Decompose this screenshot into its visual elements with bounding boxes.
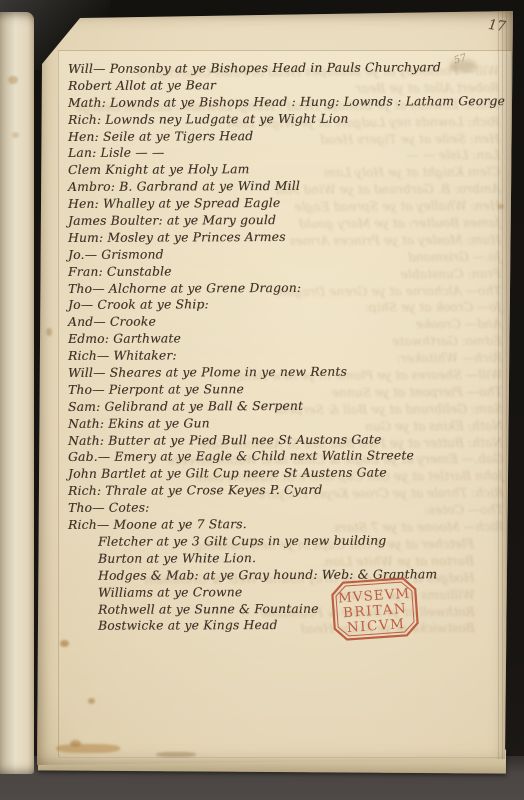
foxing-spot <box>56 744 120 753</box>
manuscript-line: Rich— Moone at ye 7 Stars. <box>68 515 500 534</box>
manuscript-line: Tho— Pierpont at ye Sunne <box>68 380 500 399</box>
foxing-spot <box>12 132 19 138</box>
manuscript-line: Hodges & Mab: at ye Gray hound: Web: & G… <box>68 566 500 585</box>
foxing-spot <box>60 640 69 647</box>
manuscript-line: Bostwicke at ye Kings Head <box>68 616 500 635</box>
photographed-manuscript-scene: Will— Ponsonby at ye Bishopes Head in Pa… <box>0 0 524 800</box>
manuscript-page: Will— Ponsonby at ye Bishopes Head in Pa… <box>36 10 514 770</box>
manuscript-line: Williams at ye Crowne <box>68 583 500 602</box>
manuscript-line: Will— Sheares at ye Plome in ye new Rent… <box>68 363 500 382</box>
manuscript-line: Fran: Cunstable <box>68 262 500 281</box>
manuscript-line: Hum: Mosley at ye Princes Armes <box>68 228 500 247</box>
manuscript-lines: Will— Ponsonby at ye Bishopes Head in Pa… <box>68 60 500 634</box>
manuscript-line: James Boulter: at ye Mary gould <box>68 211 500 230</box>
manuscript-line: Ambro: B. Garbrand at ye Wind Mill <box>68 177 500 196</box>
stamp-octagon: MVSEVM BRITAN NICVM <box>330 576 420 642</box>
foxing-spot <box>156 752 196 757</box>
foxing-spot <box>8 76 18 84</box>
facing-page-edge <box>0 12 34 774</box>
manuscript-line: Rich: Thrale at ye Crose Keyes P. Cyard <box>68 481 500 500</box>
foxing-spot <box>450 60 476 72</box>
foxing-spot <box>498 204 504 209</box>
foxing-spot <box>88 698 95 704</box>
manuscript-line: Tho— Cotes: <box>68 498 500 517</box>
manuscript-line: Sam: Gelibrand at ye Ball & Serpent <box>68 397 500 416</box>
manuscript-line: Rich— Whitaker: <box>68 346 500 365</box>
manuscript-line: Hen: Whalley at ye Spread Eagle <box>68 194 500 213</box>
manuscript-line: Nath: Ekins at ye Gun <box>68 414 500 433</box>
manuscript-line: Burton at ye White Lion. <box>68 549 500 568</box>
manuscript-line: Will— Ponsonby at ye Bishopes Head in Pa… <box>68 59 500 78</box>
manuscript-line: Fletcher at ye 3 Gilt Cups in ye new bui… <box>68 532 500 551</box>
british-museum-stamp: MVSEVM BRITAN NICVM <box>330 576 420 642</box>
manuscript-line: Jo.— Grismond <box>68 245 500 264</box>
manuscript-line: Edmo: Garthwate <box>68 329 500 348</box>
manuscript-line: Rich: Lownds ney Ludgate at ye Wight Lio… <box>68 110 500 129</box>
foxing-spot <box>46 328 52 336</box>
folio-number: 17 <box>487 17 507 35</box>
manuscript-line: Math: Lownds at ye Bishops Head : Hung: … <box>68 93 500 112</box>
manuscript-line: Robert Allot at ye Bear <box>68 76 500 95</box>
